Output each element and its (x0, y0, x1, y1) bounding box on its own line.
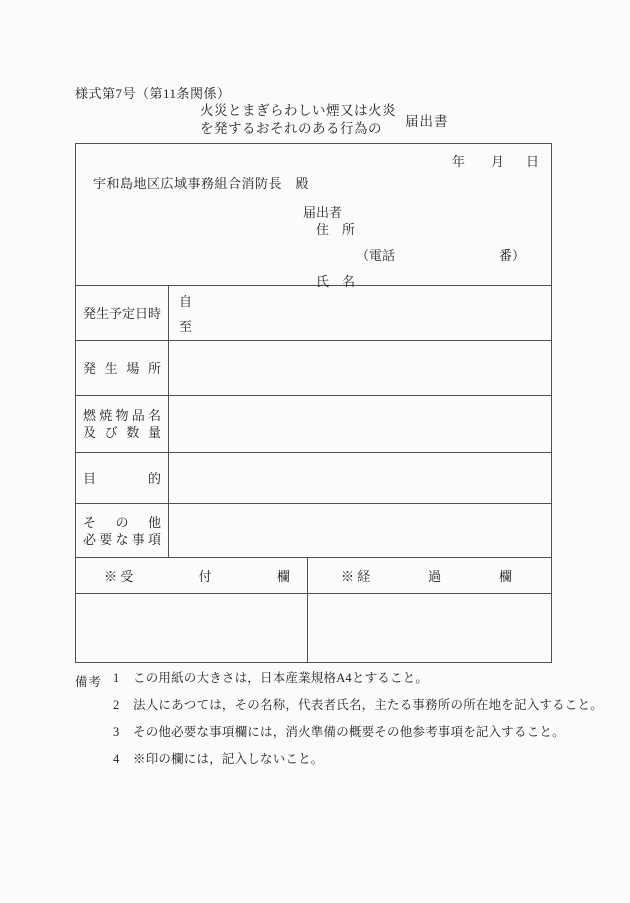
note-number: 4 (113, 752, 133, 767)
row-label-text: 発生場所 (83, 360, 161, 377)
note-number: 3 (113, 725, 133, 740)
note-number: 2 (113, 698, 133, 713)
admin-empty-row (76, 594, 551, 663)
note-item: 1 この用紙の大きさは，日本産業規格A4とすること。 (75, 671, 595, 686)
document-page: 様式第7号（第11条関係） 火災とまぎらわしい煙又は火炎 を発するおそれのある行… (0, 0, 630, 903)
table-row-purpose: 目的 (76, 453, 551, 504)
row-label-text: 発生予定日時 (83, 305, 161, 322)
admin-header-row: ※ 受 付 欄 ※ 経 過 欄 (76, 558, 551, 594)
note-number: 1 (113, 671, 133, 686)
progress-label-part2: 過 (428, 566, 441, 585)
table-row-combustibles: 燃焼物品名 及び数量 (76, 396, 551, 453)
address-label: 住 所 (316, 219, 355, 238)
date-line: 年 月 日 (452, 151, 539, 170)
title-suffix: 届出書 (405, 110, 449, 130)
reception-label-part1: ※ 受 (104, 566, 133, 585)
note-item: 4 ※印の欄には，記入しないこと。 (75, 752, 595, 767)
row-label: 燃焼物品名 及び数量 (76, 396, 169, 452)
row-label-text2: 必要な事項 (83, 531, 161, 548)
to-label: 至 (179, 316, 192, 335)
table-row-scheduled-datetime: 発生予定日時 自 至 (76, 286, 551, 341)
phone-suffix: 番） (499, 245, 525, 264)
date-day-label: 日 (526, 151, 539, 170)
row-input-area (169, 341, 551, 395)
title-lines: 火災とまぎらわしい煙又は火炎 を発するおそれのある行為の (200, 102, 396, 138)
note-text: その他必要な事項欄には，消火準備の概要その他参考事項を記入すること。 (133, 725, 565, 740)
from-label: 自 (179, 291, 192, 310)
progress-entry-area (308, 594, 551, 663)
addressee: 宇和島地区広域事務組合消防長 殿 (93, 173, 309, 192)
row-label-text2: 及び数量 (83, 424, 161, 441)
note-item: 3 その他必要な事項欄には，消火準備の概要その他参考事項を記入すること。 (75, 725, 595, 740)
note-text: ※印の欄には，記入しないこと。 (133, 752, 324, 767)
progress-column-header: ※ 経 過 欄 (308, 558, 551, 593)
row-label: 目的 (76, 453, 169, 503)
progress-label-part1: ※ 経 (341, 566, 370, 585)
row-input-area (169, 453, 551, 503)
row-label: その他 必要な事項 (76, 504, 169, 557)
row-label-text: その他 (83, 514, 161, 531)
note-item: 2 法人にあつては，その名称，代表者氏名，主たる事務所の所在地を記入すること。 (75, 698, 595, 713)
document-title: 火災とまぎらわしい煙又は火炎 を発するおそれのある行為の 届出書 (200, 102, 449, 138)
row-label-text: 燃焼物品名 (83, 407, 161, 424)
form-number: 様式第7号（第11条関係） (75, 83, 231, 102)
notes-section: 備考 1 この用紙の大きさは，日本産業規格A4とすること。 2 法人にあつては，… (75, 671, 595, 779)
from-to-block: 自 至 (169, 286, 551, 340)
row-label-text: 目的 (83, 470, 161, 487)
title-line-2: を発するおそれのある行為の (200, 120, 396, 138)
table-row-other-matters: その他 必要な事項 (76, 504, 551, 558)
reception-entry-area (76, 594, 308, 663)
row-input-area: 自 至 (169, 286, 551, 340)
row-input-area (169, 504, 551, 557)
date-month-label: 月 (491, 151, 504, 170)
notes-heading: 備考 (75, 672, 102, 690)
form-table: 年 月 日 宇和島地区広域事務組合消防長 殿 届出者 住 所 （電話 番） 氏 … (75, 143, 552, 663)
reception-label-part2: 付 (199, 566, 212, 585)
reception-label-part3: 欄 (277, 566, 290, 585)
progress-label-part3: 欄 (499, 566, 512, 585)
reception-column-header: ※ 受 付 欄 (76, 558, 308, 593)
note-text: この用紙の大きさは，日本産業規格A4とすること。 (133, 671, 428, 686)
date-year-label: 年 (452, 151, 465, 170)
note-text: 法人にあつては，その名称，代表者氏名，主たる事務所の所在地を記入すること。 (133, 698, 603, 713)
row-input-area (169, 396, 551, 452)
title-line-1: 火災とまぎらわしい煙又は火炎 (200, 102, 396, 120)
row-label: 発生予定日時 (76, 286, 169, 340)
row-label: 発生場所 (76, 341, 169, 395)
table-row-location: 発生場所 (76, 341, 551, 396)
phone-prefix: （電話 (356, 245, 395, 264)
form-header-section: 年 月 日 宇和島地区広域事務組合消防長 殿 届出者 住 所 （電話 番） 氏 … (76, 144, 551, 286)
